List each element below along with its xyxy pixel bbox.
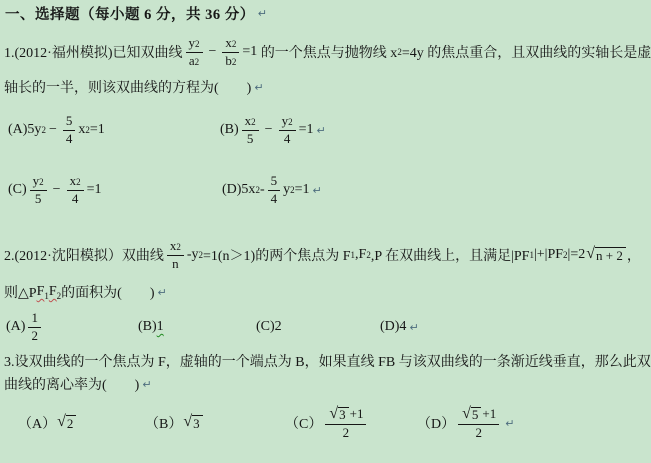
math-fraction-sqrt3plus1-2: √3 +1 2 bbox=[325, 406, 366, 441]
radicand: 3 bbox=[192, 415, 203, 432]
square-root-3: √3 bbox=[183, 414, 202, 432]
option-label: (D)4 bbox=[380, 319, 406, 335]
equals-one: =1 bbox=[295, 182, 310, 198]
equals-one: =1 bbox=[242, 44, 257, 60]
option-label: （D） bbox=[417, 413, 455, 433]
math-fraction-x2-b2: x2 b2 bbox=[222, 36, 239, 69]
q2-text-lead: 2.(2012·沈阳模拟）双曲线 bbox=[4, 245, 164, 265]
square-root-5: √5 bbox=[462, 406, 481, 423]
square-root-3: √3 bbox=[329, 406, 348, 423]
option-label: (A)5y bbox=[8, 122, 41, 138]
option-label: (C) bbox=[8, 182, 27, 198]
q1-text-line2: 轴长的一半，则该双曲线的方程为( ) bbox=[4, 77, 251, 97]
radical-icon: √ bbox=[462, 406, 471, 423]
q3-option-d: （D） √5 +1 2 ↵ bbox=[417, 397, 514, 449]
section-title: 一、选择题（每小题 6 分，共 36 分） ↵ bbox=[5, 3, 267, 23]
math-fraction-y2-a2: y2 a2 bbox=[186, 36, 203, 69]
q1-option-a: (A)5y2 − 5 4 x2=1 bbox=[8, 104, 105, 156]
paragraph-mark-icon: ↵ bbox=[505, 417, 514, 430]
math-fraction-1-2: 1 2 bbox=[28, 311, 41, 344]
q3-text-line1: 3.设双曲线的一个焦点为 F，虚轴的一个端点为 B，如果直线 FB 与该双曲线的… bbox=[4, 351, 651, 371]
option-label: (A) bbox=[6, 319, 25, 335]
question-1-line-2: 轴长的一半，则该双曲线的方程为( ) ↵ bbox=[4, 77, 264, 97]
q2-text-mid2: ,F bbox=[355, 247, 366, 263]
paragraph-mark-icon: ↵ bbox=[258, 7, 267, 20]
paragraph-mark-icon: ↵ bbox=[157, 286, 166, 299]
paragraph-mark-icon: ↵ bbox=[313, 184, 322, 197]
frac-den: b bbox=[225, 54, 232, 69]
q2-text-line2-lead: 则△P bbox=[4, 282, 37, 302]
frac-den: 5 bbox=[35, 192, 42, 207]
question-2-line-2: 则△P F1F2 的面积为( ) ↵ bbox=[4, 282, 167, 302]
frac-den: 2 bbox=[475, 426, 482, 441]
q2-text-mid3: ,P 在双曲线上，且满足|PF bbox=[371, 245, 530, 265]
radicand: 2 bbox=[66, 415, 77, 432]
q2-option-c: (C)2 bbox=[256, 308, 282, 346]
radical-icon: √ bbox=[183, 414, 192, 431]
q2-option-b: (B)1 bbox=[138, 308, 164, 346]
q2-text-comma: ， bbox=[627, 245, 641, 265]
frac-num: 5 bbox=[271, 174, 278, 189]
spellcheck-underline-green: 1 bbox=[157, 319, 164, 335]
q3-option-c: （C） √3 +1 2 bbox=[285, 397, 369, 449]
minus-operator: − bbox=[265, 122, 273, 138]
radical-icon: √ bbox=[329, 406, 338, 423]
radicand: 3 bbox=[338, 407, 349, 423]
option-label: (B) bbox=[220, 122, 239, 138]
q1-text-mid: 的一个焦点与抛物线 x bbox=[257, 42, 397, 62]
q1-text-tail: =4y 的焦点重合，且双曲线的实轴长是虚 bbox=[402, 42, 651, 62]
frac-den: 4 bbox=[72, 192, 79, 207]
frac-den: 2 bbox=[343, 426, 350, 441]
q2-text-line2-tail: 的面积为( ) bbox=[61, 282, 154, 302]
minus-operator: − bbox=[209, 44, 217, 60]
square-root-n-plus-2: √n + 2 bbox=[586, 246, 626, 264]
option-label: (C)2 bbox=[256, 319, 282, 335]
q1-text-lead: 1.(2012·福州模拟)已知双曲线 bbox=[4, 42, 183, 62]
frac-den: 4 bbox=[66, 132, 73, 147]
math-fraction-sqrt5plus1-2: √5 +1 2 bbox=[458, 406, 499, 441]
equals-one: =1 bbox=[87, 182, 102, 198]
math-fraction-5-4: 5 4 bbox=[268, 174, 281, 207]
q1-option-b: (B) x2 5 − y2 4 =1 ↵ bbox=[220, 104, 326, 156]
f2-label: F bbox=[49, 284, 57, 299]
radical-icon: √ bbox=[57, 414, 66, 431]
option-label: （C） bbox=[285, 413, 322, 433]
document-page: 一、选择题（每小题 6 分，共 36 分） ↵ 1.(2012·福州模拟)已知双… bbox=[0, 0, 651, 463]
question-3-line-2: 曲线的离心率为( ) ↵ bbox=[4, 374, 152, 394]
minus-operator: - bbox=[260, 182, 265, 198]
frac-den: 4 bbox=[271, 192, 278, 207]
option-label: （A） bbox=[18, 413, 56, 433]
minus-operator: − bbox=[49, 122, 57, 138]
frac-den: a bbox=[189, 54, 195, 69]
paragraph-mark-icon: ↵ bbox=[142, 378, 151, 391]
plus-one: +1 bbox=[482, 407, 496, 422]
radical-icon: √ bbox=[586, 246, 595, 263]
math-fraction-x2-5: x2 5 bbox=[242, 114, 259, 147]
option-label: (B) bbox=[138, 319, 157, 335]
question-2-line-1: 2.(2012·沈阳模拟）双曲线 x2 n -y2 =1(n＞1)的两个焦点为 … bbox=[4, 233, 641, 277]
paragraph-mark-icon: ↵ bbox=[316, 124, 325, 137]
q2-text-mid4: |+|PF bbox=[534, 247, 563, 263]
question-3-line-1: 3.设双曲线的一个焦点为 F，虚轴的一个端点为 B，如果直线 FB 与该双曲线的… bbox=[4, 351, 651, 371]
square-root-2: √2 bbox=[57, 414, 76, 432]
q2-option-d: (D)4 ↵ bbox=[380, 308, 419, 346]
frac-den: 2 bbox=[31, 329, 38, 344]
math-fraction-5-4: 5 4 bbox=[63, 114, 76, 147]
q2-text-eq: |=2 bbox=[568, 247, 586, 263]
frac-num: 5 bbox=[66, 114, 73, 129]
minus-operator: − bbox=[53, 182, 61, 198]
frac-den: 5 bbox=[247, 132, 254, 147]
radicand: 5 bbox=[471, 407, 482, 423]
q1-option-d: (D)5x2 - 5 4 y2 =1 ↵ bbox=[222, 164, 322, 216]
radicand: n + 2 bbox=[595, 247, 626, 264]
equals-one: =1 bbox=[90, 122, 105, 138]
equals-one: =1 bbox=[299, 122, 314, 138]
section-title-text: 一、选择题（每小题 6 分，共 36 分） bbox=[5, 3, 255, 24]
math-fraction-y2-5: y2 5 bbox=[30, 174, 47, 207]
math-fraction-x2-n: x2 n bbox=[167, 239, 184, 272]
option-label: （B） bbox=[145, 413, 182, 433]
frac-num: 1 bbox=[31, 311, 38, 326]
spellcheck-underline-red: F1F2 bbox=[37, 284, 62, 300]
variable: x bbox=[78, 122, 85, 138]
q3-option-b: （B） √3 bbox=[145, 397, 204, 449]
frac-num: x bbox=[225, 36, 232, 51]
frac-den: 4 bbox=[284, 132, 291, 147]
q2-text-mid1: =1(n＞1)的两个焦点为 F bbox=[203, 245, 351, 265]
plus-one: +1 bbox=[350, 407, 364, 422]
q1-option-c: (C) y2 5 − x2 4 =1 bbox=[8, 164, 101, 216]
question-1-line-1: 1.(2012·福州模拟)已知双曲线 y2 a2 − x2 b2 =1 的一个焦… bbox=[4, 30, 651, 74]
frac-den: n bbox=[172, 257, 179, 272]
paragraph-mark-icon: ↵ bbox=[409, 321, 418, 334]
q2-option-a: (A) 1 2 bbox=[6, 308, 44, 346]
q3-option-a: （A） √2 bbox=[18, 397, 77, 449]
variable: y bbox=[283, 182, 290, 198]
q3-text-line2: 曲线的离心率为( ) bbox=[4, 374, 139, 394]
q2-minus-y: -y bbox=[187, 247, 199, 263]
math-fraction-x2-4: x2 4 bbox=[67, 174, 84, 207]
option-label: (D)5x bbox=[222, 182, 255, 198]
paragraph-mark-icon: ↵ bbox=[254, 81, 263, 94]
math-fraction-y2-4: y2 4 bbox=[279, 114, 296, 147]
